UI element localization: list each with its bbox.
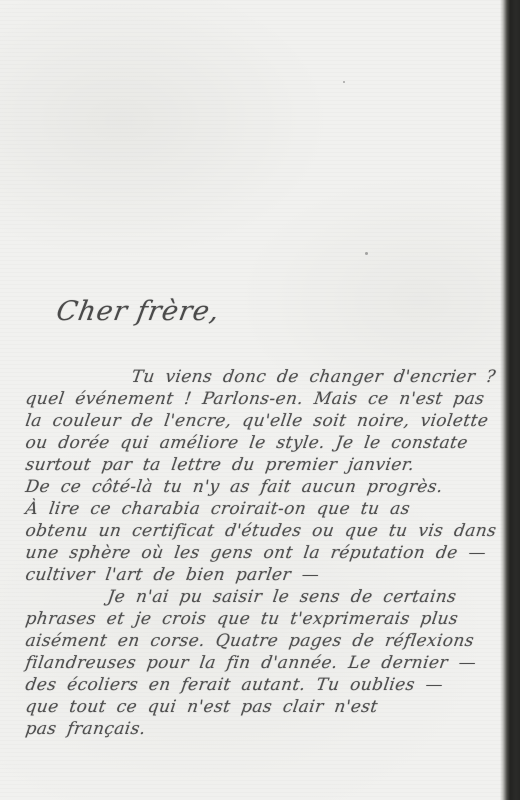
scan-speck <box>365 252 368 255</box>
handwriting-line: pas français. <box>24 718 507 740</box>
handwriting-line: Tu viens donc de changer d'encrier ? <box>24 366 507 388</box>
letter-body: Tu viens donc de changer d'encrier ? que… <box>24 366 504 740</box>
handwriting-line: filandreuses pour la fin d'année. Le der… <box>24 652 507 674</box>
handwriting-line: une sphère où les gens ont la réputation… <box>24 542 507 564</box>
handwriting-line: aisément en corse. Quatre pages de réfle… <box>24 630 507 652</box>
handwriting-line: phrases et je crois que tu t'exprimerais… <box>24 608 507 630</box>
scanned-letter-page: Cher frère, Tu viens donc de changer d'e… <box>0 0 520 800</box>
handwriting-line: Je n'ai pu saisir le sens de certains <box>24 586 507 608</box>
handwriting-line: quel événement ! Parlons-en. Mais ce n'e… <box>24 388 507 410</box>
handwriting-line: des écoliers en ferait autant. Tu oublie… <box>24 674 507 696</box>
handwriting-line: ou dorée qui améliore le style. Je le co… <box>24 432 507 454</box>
scan-speck <box>343 81 345 83</box>
handwriting-line: obtenu un certificat d'études ou que tu … <box>24 520 507 542</box>
handwriting-line: De ce côté-là tu n'y as fait aucun progr… <box>24 476 507 498</box>
handwriting-line: la couleur de l'encre, qu'elle soit noir… <box>24 410 507 432</box>
handwriting-line: cultiver l'art de bien parler — <box>24 564 507 586</box>
handwriting-line: que tout ce qui n'est pas clair n'est <box>24 696 507 718</box>
handwriting-line: surtout par ta lettre du premier janvier… <box>24 454 507 476</box>
handwriting-line: À lire ce charabia croirait-on que tu as <box>24 498 507 520</box>
scanner-edge-shadow <box>500 0 520 800</box>
salutation: Cher frère, <box>54 296 222 327</box>
